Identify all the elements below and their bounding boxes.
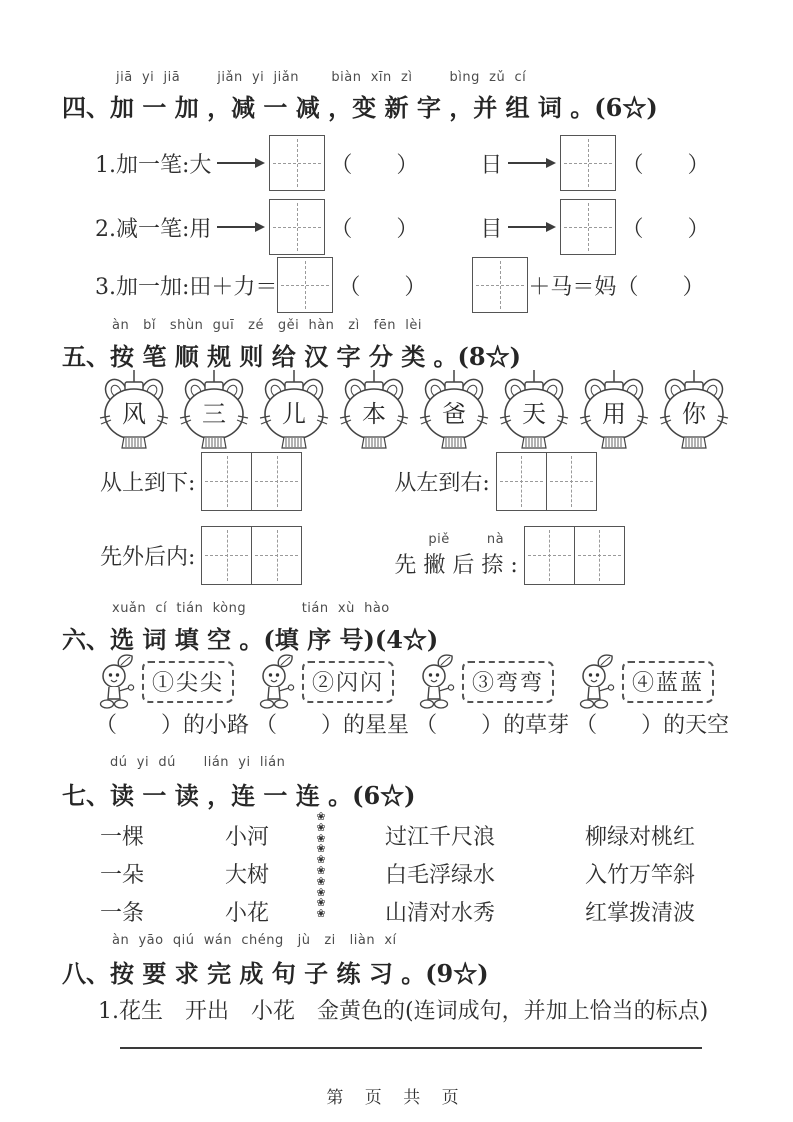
lantern-icon: 风 (96, 370, 172, 452)
match-verse-right: 入竹万竿斜 (585, 858, 695, 889)
grid-cell (202, 453, 251, 510)
lantern-icon: 爸 (416, 370, 492, 452)
writing-grid (560, 199, 616, 255)
writing-grid (269, 135, 325, 191)
writing-grid (201, 526, 302, 585)
lantern-char: 用 (602, 400, 626, 428)
answer-paren-blank: （ ） (575, 708, 663, 739)
option-box: ③弯弯 (462, 661, 554, 703)
answer-paren-blank: （ ） (95, 708, 183, 739)
grid-cell (574, 527, 624, 584)
question-label: 3.加一加:田＋力＝ (95, 270, 277, 301)
word-option: ④蓝蓝 (576, 654, 714, 710)
writing-grid (524, 526, 625, 585)
writing-grid (277, 257, 333, 313)
answer-paren-blank: （ ） (621, 148, 709, 179)
section8-title: 八、按 要 求 完 成 句 子 练 习 。(9☆) (62, 954, 489, 989)
match-verse-right: 柳绿对桃红 (585, 820, 695, 851)
match-verse-right: 红掌拨清波 (585, 896, 695, 927)
arrow-icon (508, 162, 554, 164)
arrow-icon (217, 226, 263, 228)
category-label: 从左到右: (394, 466, 489, 497)
option-box: ①尖尖 (142, 661, 234, 703)
match-measure-word: 一条 (100, 896, 225, 927)
chain-divider-icon: ❀❀❀❀❀❀❀❀❀❀ (313, 812, 329, 920)
lantern-char: 天 (522, 400, 546, 428)
matching-exercise: ❀❀❀❀❀❀❀❀❀❀ 一棵 小河 过江千尺浪 柳绿对桃红 一朵 大树 白毛浮绿水… (100, 816, 722, 930)
match-noun: 大树 (225, 858, 325, 889)
grid-cell (202, 527, 251, 584)
category-pinyin: piě nà (428, 532, 504, 547)
match-noun: 小河 (225, 820, 325, 851)
answer-paren-blank: （ ） (255, 708, 343, 739)
blank-suffix: 的星星 (343, 708, 409, 739)
lantern-char: 爸 (442, 400, 466, 428)
worksheet-page: jiā yi jiā jiǎn yi jiǎn biàn xīn zì bìng… (0, 0, 793, 1122)
blank-suffix: 的草芽 (503, 708, 569, 739)
section6-title: 六、选 词 填 空 。(填 序 号)(4☆) (62, 620, 438, 655)
category-label-with-pinyin: piě nà 先 撇 后 捺 : (394, 532, 517, 579)
mascot-icon (416, 654, 460, 710)
word-option: ②闪闪 (256, 654, 394, 710)
grid-cell (251, 527, 301, 584)
lantern-row: 风 三 儿 (96, 370, 732, 452)
fill-blank-item: （ ） 的小路 (95, 708, 249, 739)
match-row: 一朵 大树 白毛浮绿水 入竹万竿斜 (100, 854, 722, 892)
section5-title: 五、按 笔 顺 规 则 给 汉 字 分 类 。(8☆) (62, 337, 521, 372)
section4-pinyin: jiā yi jiā jiǎn yi jiǎn biàn xīn zì bìng… (116, 70, 526, 85)
stroke-category-row-2: 先外后内: piě nà 先 撇 后 捺 : (100, 524, 625, 586)
answer-paren-blank: （ ） (415, 708, 503, 739)
match-verse-left: 过江千尺浪 (385, 820, 585, 851)
section8-pinyin: àn yāo qiú wán chéng jù zi liàn xí (112, 933, 397, 948)
blank-suffix: 的天空 (663, 708, 729, 739)
sentence-question: 1.花生 开出 小花 金黄色的(连词成句，并加上恰当的标点) (98, 994, 708, 1025)
question-label: 2.减一笔:用 (95, 212, 211, 243)
word-option: ③弯弯 (416, 654, 554, 710)
mascot-icon (256, 654, 300, 710)
stroke-category-row-1: 从上到下: 从左到右: (100, 450, 597, 512)
lantern-icon: 儿 (256, 370, 332, 452)
section4-title: 四、加 一 加 ，减 一 减 ，变 新 字 ，并 组 词 。(6☆) (62, 88, 658, 123)
answer-line (120, 1047, 702, 1049)
category-label: 先 撇 后 捺 : (394, 548, 517, 579)
grid-cell (546, 453, 596, 510)
match-measure-word: 一棵 (100, 820, 225, 851)
blank-suffix: 的小路 (183, 708, 249, 739)
fill-blank-item: （ ） 的天空 (575, 708, 729, 739)
question-label: 1.加一笔:大 (95, 148, 211, 179)
word-option-row: ①尖尖 ②闪闪 (96, 654, 714, 710)
option-box: ④蓝蓝 (622, 661, 714, 703)
fill-blank-item: （ ） 的草芽 (415, 708, 569, 739)
writing-grid (201, 452, 302, 511)
writing-grid (496, 452, 597, 511)
answer-paren-blank: （ ） (330, 212, 418, 243)
category-label: 从上到下: (100, 466, 195, 497)
grid-cell (497, 453, 546, 510)
page-footer: 第 页 共 页 (0, 1083, 793, 1108)
lantern-char: 风 (122, 400, 146, 428)
grid-cell (525, 527, 574, 584)
lantern-char: 本 (362, 400, 386, 428)
section6-pinyin: xuǎn cí tián kòng tián xù hào (112, 601, 390, 616)
answer-paren-blank: （ ） (338, 270, 426, 301)
lantern-char: 儿 (282, 400, 306, 428)
answer-paren-blank: （ ） (616, 270, 704, 301)
lantern-icon: 用 (576, 370, 652, 452)
match-row: 一棵 小河 过江千尺浪 柳绿对桃红 (100, 816, 722, 854)
fill-blank-item: （ ） 的星星 (255, 708, 409, 739)
match-verse-left: 白毛浮绿水 (385, 858, 585, 889)
writing-grid (269, 199, 325, 255)
section5-pinyin: àn bǐ shùn guī zé gěi hàn zì fēn lèi (112, 318, 422, 333)
question-char: 日 (480, 148, 502, 179)
mascot-icon (96, 654, 140, 710)
fill-blank-row: （ ） 的小路 （ ） 的星星 （ ） 的草芽 （ ） 的天空 (95, 708, 735, 739)
match-row: 一条 小花 山清对水秀 红掌拨清波 (100, 892, 722, 930)
writing-grid (472, 257, 528, 313)
match-verse-left: 山清对水秀 (385, 896, 585, 927)
question-row-add-stroke: 1.加一笔:大 （ ） 日 （ ） (95, 134, 709, 192)
lantern-icon: 天 (496, 370, 572, 452)
arrow-icon (508, 226, 554, 228)
match-noun: 小花 (225, 896, 325, 927)
lantern-icon: 本 (336, 370, 412, 452)
category-label: 先外后内: (100, 540, 195, 571)
match-measure-word: 一朵 (100, 858, 225, 889)
writing-grid (560, 135, 616, 191)
section7-pinyin: dú yi dú lián yi lián (110, 755, 285, 770)
answer-paren-blank: （ ） (621, 212, 709, 243)
lantern-icon: 你 (656, 370, 732, 452)
section7-title: 七、读 一 读 ，连 一 连 。(6☆) (62, 776, 416, 811)
question-row-combine: 3.加一加:田＋力＝ （ ） ＋马＝妈 （ ） (95, 256, 704, 314)
lantern-char: 三 (202, 400, 226, 428)
question-char: 目 (480, 212, 502, 243)
question-row-remove-stroke: 2.减一笔:用 （ ） 目 （ ） (95, 198, 709, 256)
answer-paren-blank: （ ） (330, 148, 418, 179)
lantern-icon: 三 (176, 370, 252, 452)
lantern-char: 你 (682, 400, 707, 428)
question-suffix: ＋马＝妈 (528, 270, 616, 301)
option-box: ②闪闪 (302, 661, 394, 703)
arrow-icon (217, 162, 263, 164)
grid-cell (251, 453, 301, 510)
mascot-icon (576, 654, 620, 710)
word-option: ①尖尖 (96, 654, 234, 710)
